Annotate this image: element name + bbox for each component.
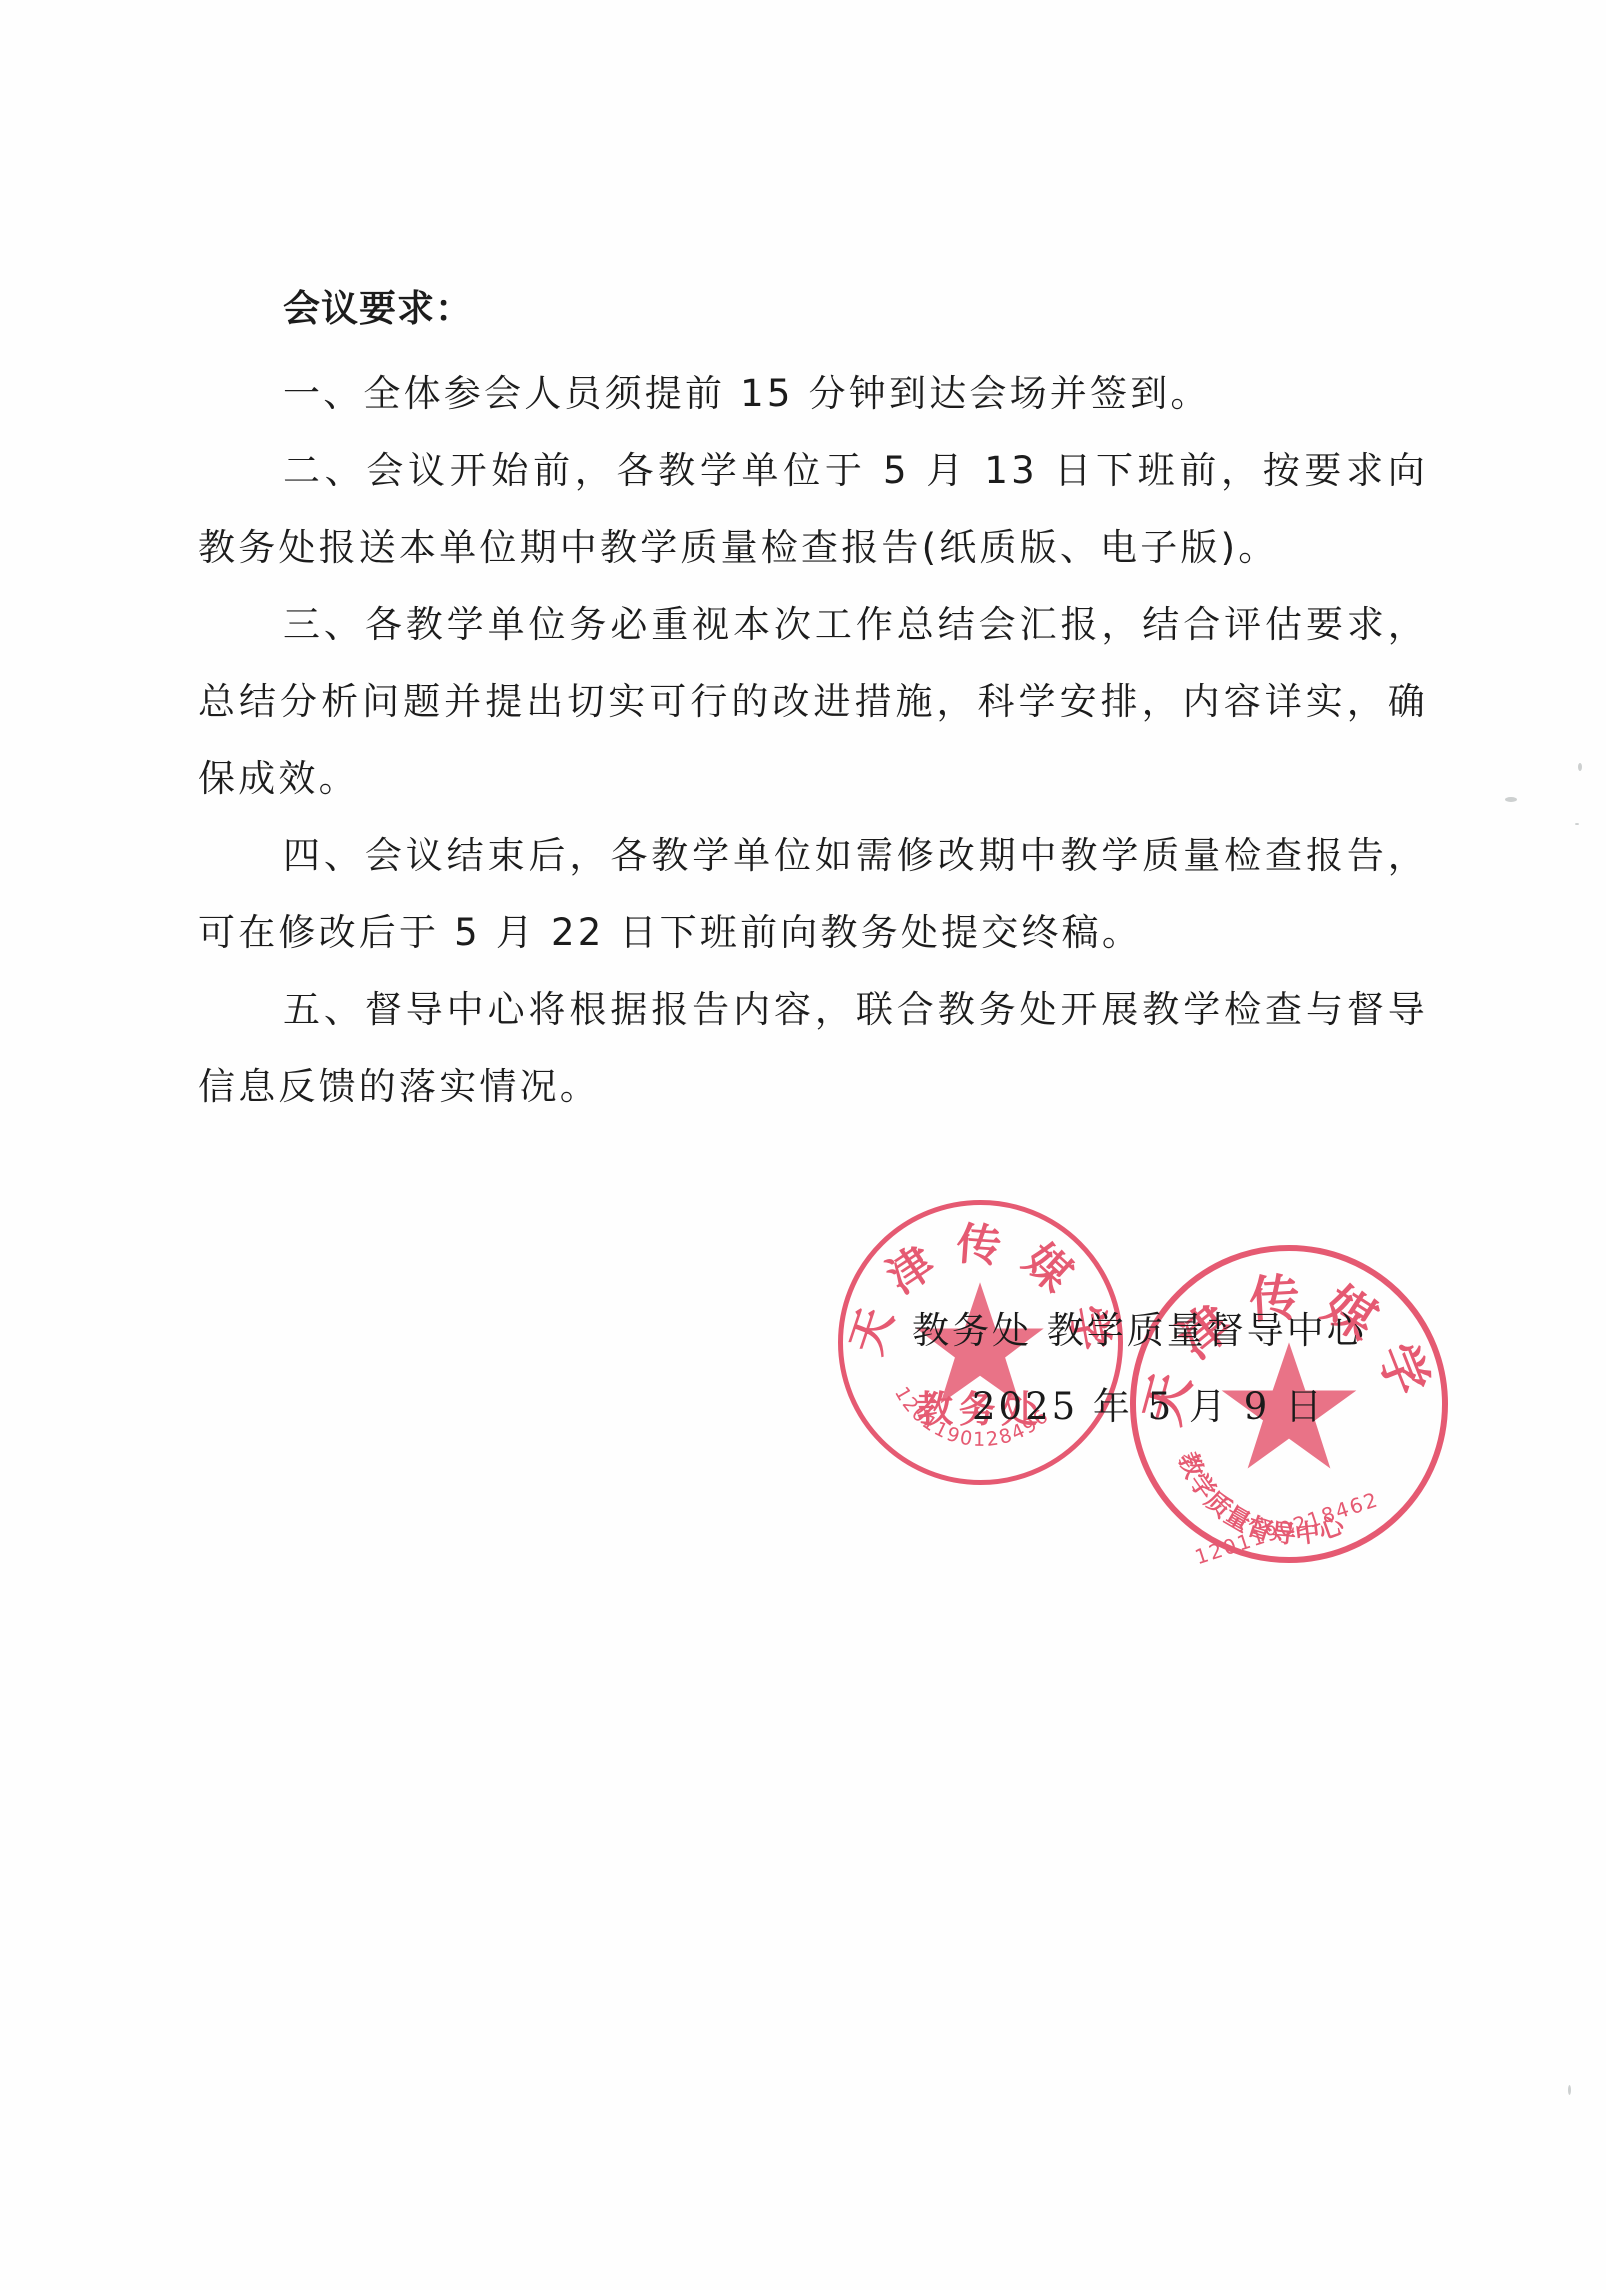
issuing-departments: 教务处 教学质量督导中心 <box>912 1300 1367 1354</box>
document-page: 会议要求： 一、全体参会人员须提前 15 分钟到达会场并签到。 二、会议开始前，… <box>0 0 1606 2290</box>
requirement-item-1: 一、全体参会人员须提前 15 分钟到达会场并签到。 <box>198 355 1428 432</box>
scan-artifact <box>1505 797 1517 802</box>
scan-artifact <box>1575 823 1579 825</box>
section-heading: 会议要求： <box>283 285 473 333</box>
requirements-list: 一、全体参会人员须提前 15 分钟到达会场并签到。 二、会议开始前，各教学单位于… <box>198 355 1428 1125</box>
scan-artifact <box>1568 2085 1571 2095</box>
requirement-item-2: 二、会议开始前，各教学单位于 5 月 13 日下班前，按要求向教务处报送本单位期… <box>198 432 1428 586</box>
issue-date: 2025 年 5 月 9 日 <box>972 1376 1325 1430</box>
requirement-item-4: 四、会议结束后，各教学单位如需修改期中教学质量检查报告，可在修改后于 5 月 2… <box>198 817 1428 971</box>
requirement-item-5: 五、督导中心将根据报告内容，联合教务处开展教学检查与督导信息反馈的落实情况。 <box>198 971 1428 1125</box>
requirement-item-3: 三、各教学单位务必重视本次工作总结会汇报，结合评估要求，总结分析问题并提出切实可… <box>198 586 1428 817</box>
scan-artifact <box>1578 763 1582 771</box>
